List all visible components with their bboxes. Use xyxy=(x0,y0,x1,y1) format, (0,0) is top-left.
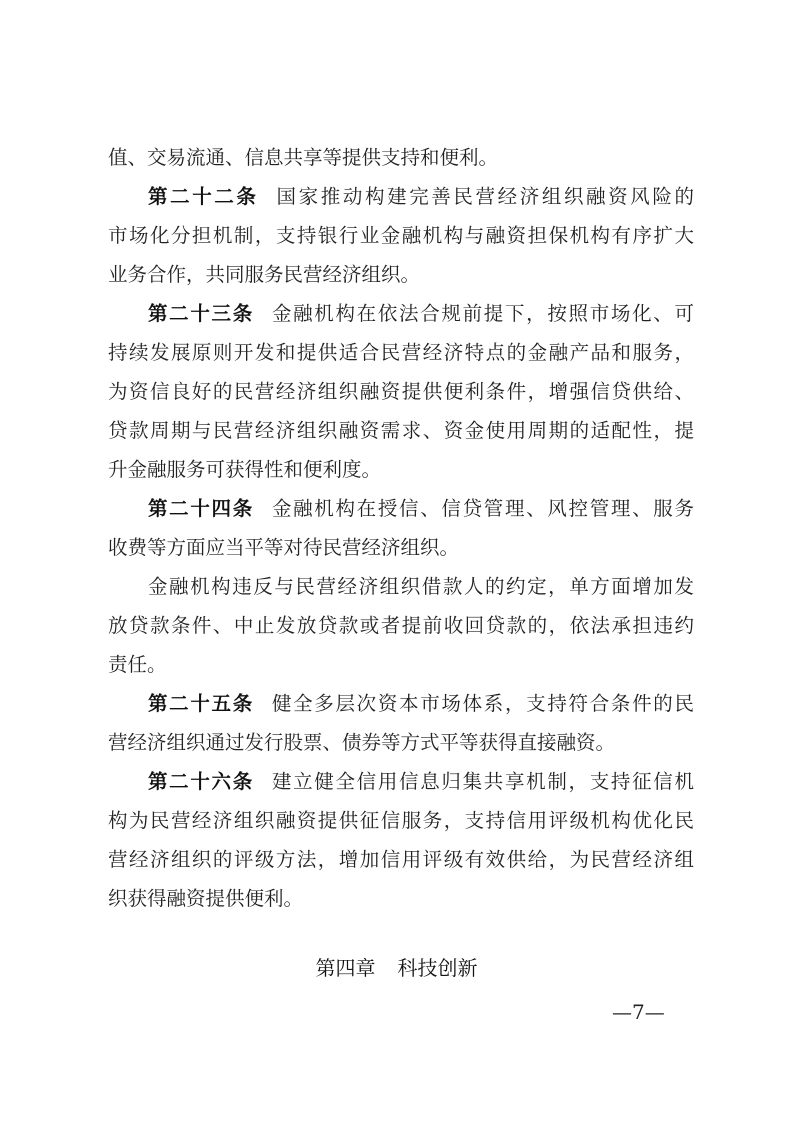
paragraph-line: 营经济组织的评级方法，增加信用评级有效供给，为民营经济组 xyxy=(108,840,694,879)
document-page: 值、交易流通、信息共享等提供支持和便利。 第二十二条国家推动构建完善民营经济组织… xyxy=(0,0,793,1122)
document-body: 值、交易流通、信息共享等提供支持和便利。 第二十二条国家推动构建完善民营经济组织… xyxy=(108,138,694,918)
paragraph-line: 责任。 xyxy=(108,645,694,684)
article-24-first-line: 第二十四条金融机构在授信、信贷管理、风控管理、服务 xyxy=(108,489,694,528)
paragraph-line: 市场化分担机制，支持银行业金融机构与融资担保机构有序扩大 xyxy=(108,216,694,255)
paragraph-line: 金融机构违反与民营经济组织借款人的约定，单方面增加发 xyxy=(108,567,694,606)
paragraph-line: 值、交易流通、信息共享等提供支持和便利。 xyxy=(108,138,694,177)
article-heading: 第二十四条 xyxy=(148,497,254,520)
article-heading: 第二十六条 xyxy=(148,770,254,793)
paragraph-line: 构为民营经济组织融资提供征信服务，支持信用评级机构优化民 xyxy=(108,801,694,840)
page-number: —7— xyxy=(612,1000,665,1024)
chapter-title: 科技创新 xyxy=(398,956,478,980)
paragraph-line: 织获得融资提供便利。 xyxy=(108,879,694,918)
paragraph-line: 升金融服务可获得性和便利度。 xyxy=(108,450,694,489)
article-23-first-line: 第二十三条金融机构在依法合规前提下，按照市场化、可 xyxy=(108,294,694,333)
chapter-heading: 第四章科技创新 xyxy=(0,952,793,981)
article-26-first-line: 第二十六条建立健全信用信息归集共享机制，支持征信机 xyxy=(108,762,694,801)
paragraph-line: 业务合作，共同服务民营经济组织。 xyxy=(108,255,694,294)
article-25-first-line: 第二十五条健全多层次资本市场体系，支持符合条件的民 xyxy=(108,684,694,723)
paragraph-line: 为资信良好的民营经济组织融资提供便利条件，增强信贷供给、 xyxy=(108,372,694,411)
paragraph-line: 营经济组织通过发行股票、债券等方式平等获得直接融资。 xyxy=(108,723,694,762)
paragraph-line: 收费等方面应当平等对待民营经济组织。 xyxy=(108,528,694,567)
paragraph-line: 贷款周期与民营经济组织融资需求、资金使用周期的适配性，提 xyxy=(108,411,694,450)
paragraph-line: 放贷款条件、中止发放贷款或者提前收回贷款的，依法承担违约 xyxy=(108,606,694,645)
article-heading: 第二十二条 xyxy=(148,185,259,208)
chapter-number: 第四章 xyxy=(316,956,376,980)
paragraph-line: 持续发展原则开发和提供适合民营经济特点的金融产品和服务， xyxy=(108,333,694,372)
article-heading: 第二十五条 xyxy=(148,692,254,715)
article-heading: 第二十三条 xyxy=(148,302,254,325)
article-22-first-line: 第二十二条国家推动构建完善民营经济组织融资风险的 xyxy=(108,177,694,216)
